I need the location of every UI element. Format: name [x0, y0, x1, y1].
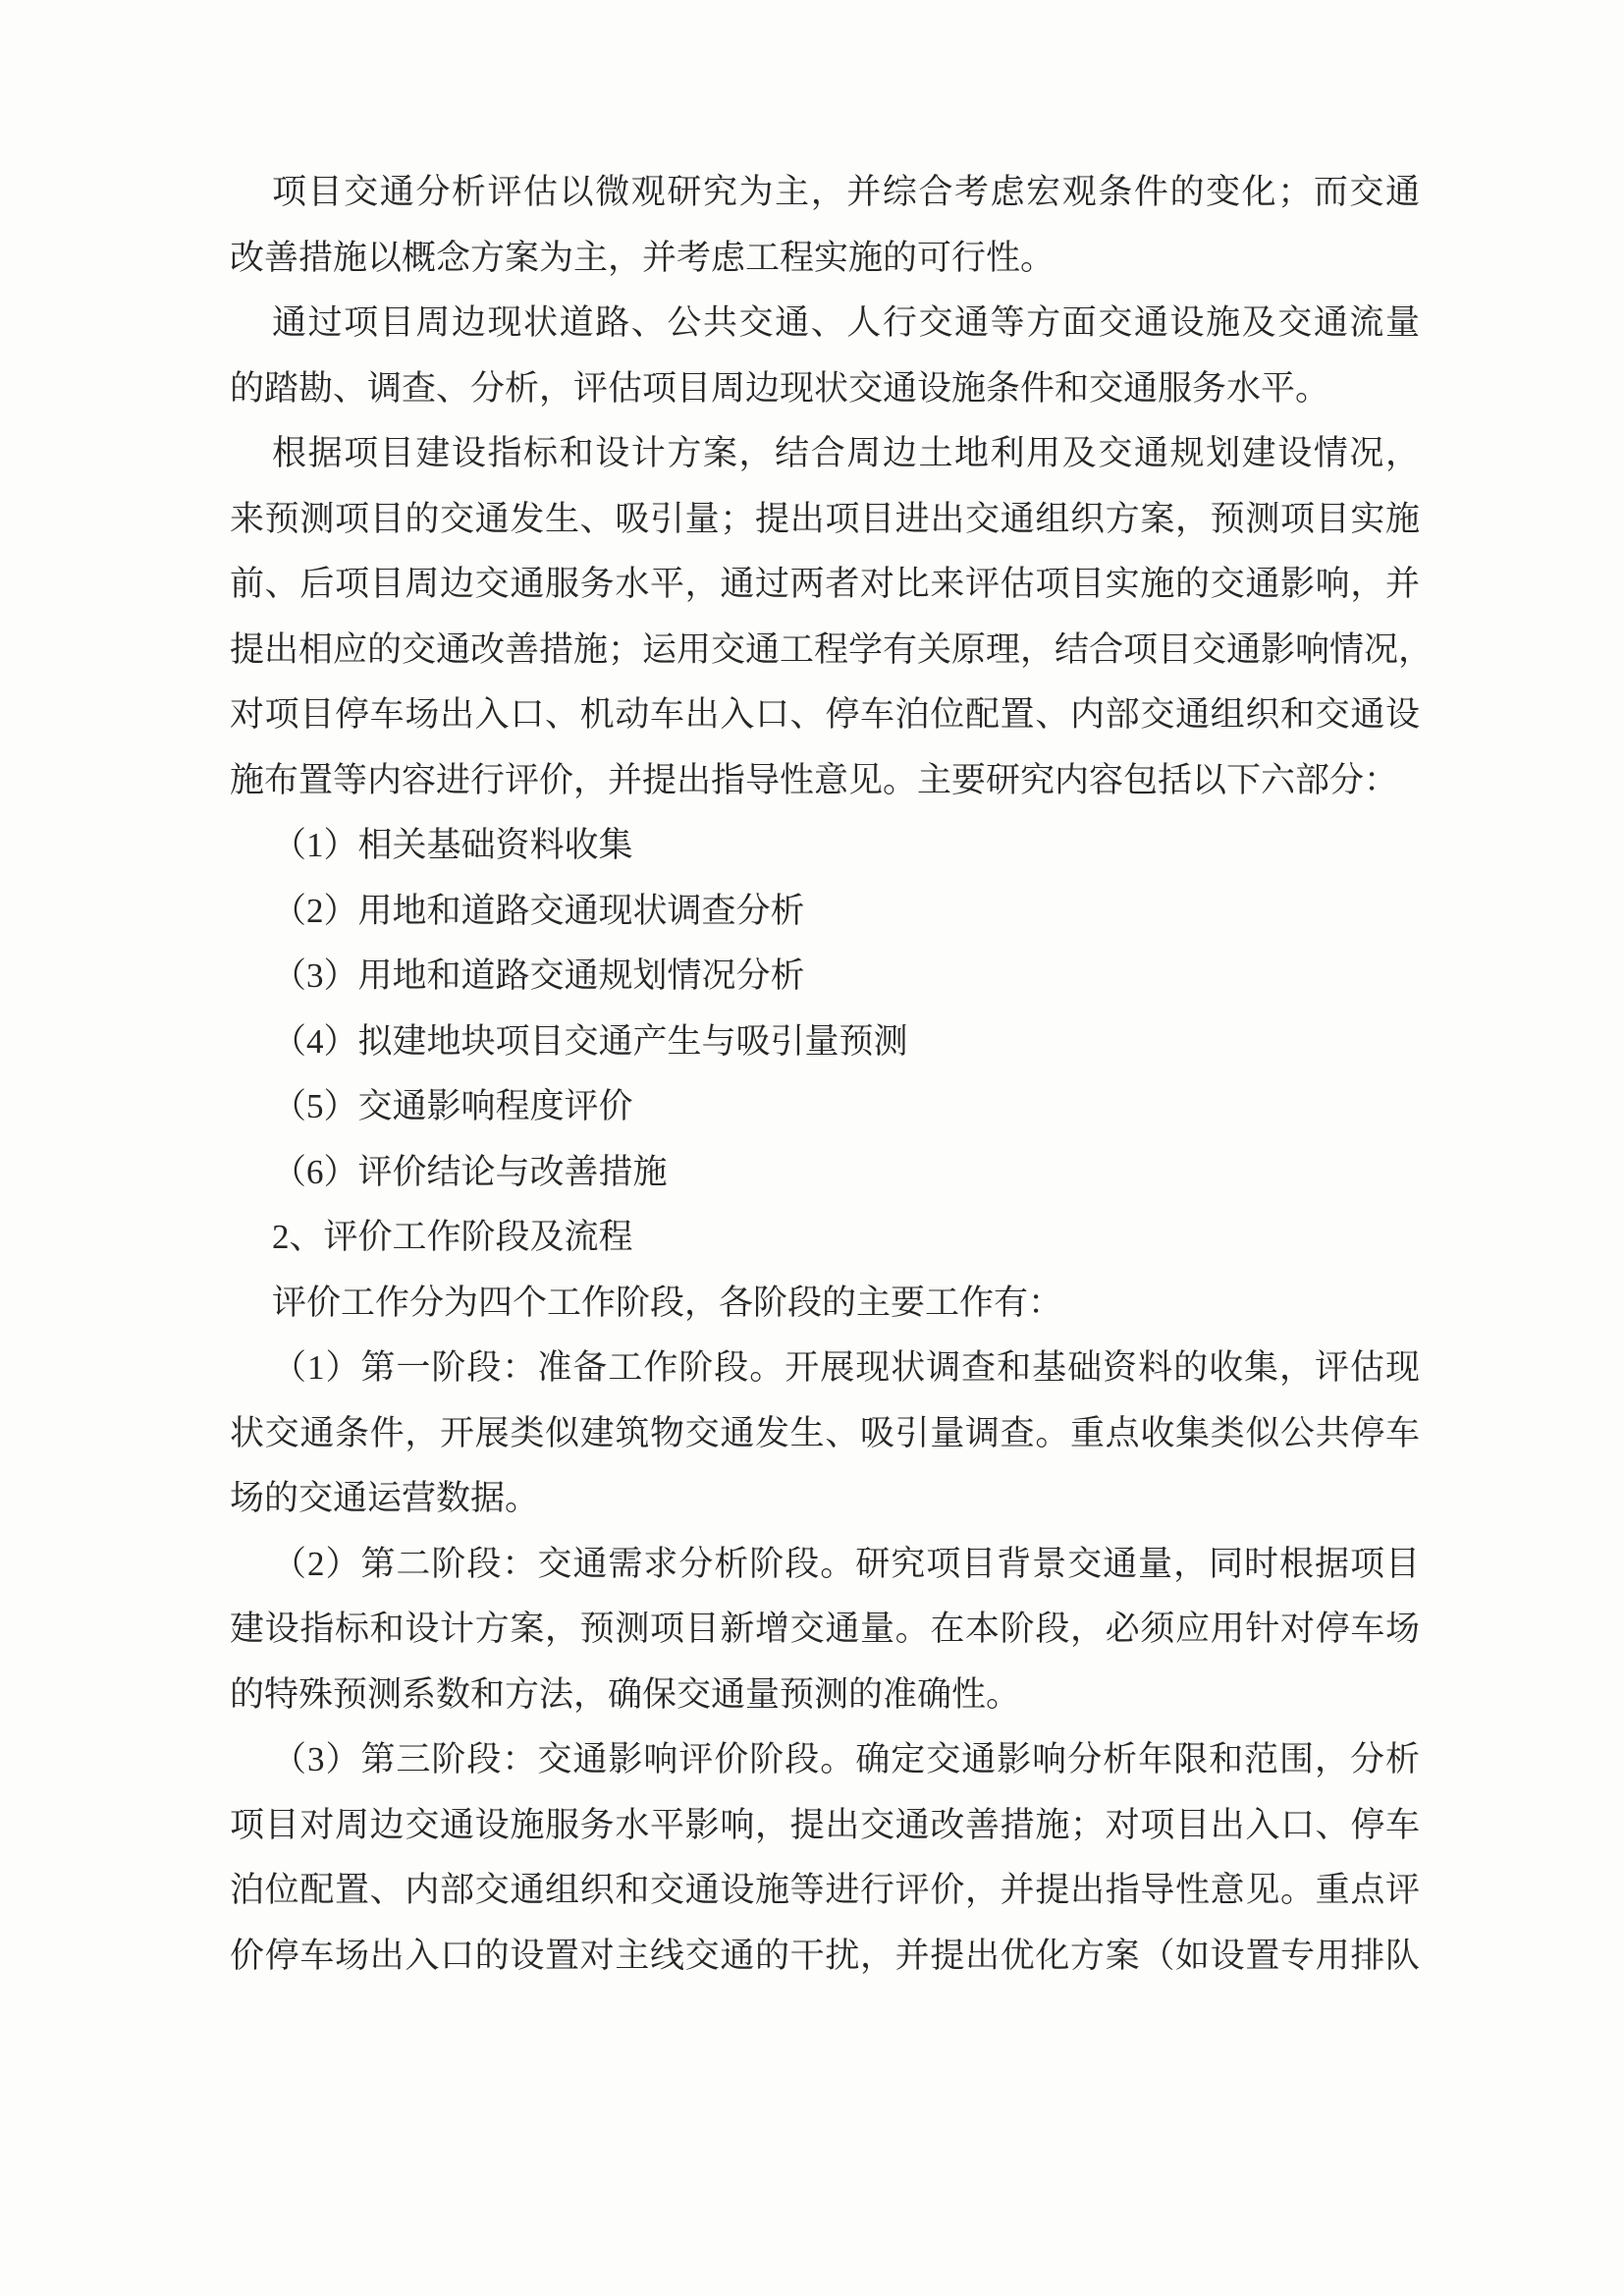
- text-line: 提出相应的交通改善措施；运用交通工程学有关原理，结合项目交通影响情况，: [230, 618, 1420, 683]
- text-line: 改善措施以概念方案为主，并考虑工程实施的可行性。: [230, 226, 1420, 292]
- text-line: 评价工作分为四个工作阶段，各阶段的主要工作有：: [230, 1271, 1420, 1337]
- text-line: （3）第三阶段：交通影响评价阶段。确定交通影响分析年限和范围，分析: [230, 1727, 1420, 1793]
- text-line: 通过项目周边现状道路、公共交通、人行交通等方面交通设施及交通流量: [230, 291, 1420, 356]
- text-line: 根据项目建设指标和设计方案，结合周边土地利用及交通规划建设情况，: [230, 421, 1420, 487]
- text-line: 项目对周边交通设施服务水平影响，提出交通改善措施；对项目出入口、停车: [230, 1793, 1420, 1859]
- text-line: 对项目停车场出入口、机动车出入口、停车泊位配置、内部交通组织和交通设: [230, 683, 1420, 748]
- text-line: （3）用地和道路交通规划情况分析: [230, 944, 1420, 1010]
- text-line: （6）评价结论与改善措施: [230, 1140, 1420, 1206]
- text-line: 2、评价工作阶段及流程: [230, 1205, 1420, 1271]
- text-line: （2）第二阶段：交通需求分析阶段。研究项目背景交通量，同时根据项目: [230, 1532, 1420, 1598]
- text-line: 项目交通分析评估以微观研究为主，并综合考虑宏观条件的变化；而交通: [230, 160, 1420, 226]
- text-line: 建设指标和设计方案，预测项目新增交通量。在本阶段，必须应用针对停车场: [230, 1597, 1420, 1663]
- text-line: （5）交通影响程度评价: [230, 1074, 1420, 1140]
- text-line: （2）用地和道路交通现状调查分析: [230, 879, 1420, 945]
- document-page: 项目交通分析评估以微观研究为主，并综合考虑宏观条件的变化；而交通改善措施以概念方…: [0, 0, 1624, 2296]
- text-line: 前、后项目周边交通服务水平，通过两者对比来评估项目实施的交通影响，并: [230, 552, 1420, 618]
- text-line: 价停车场出入口的设置对主线交通的干扰，并提出优化方案（如设置专用排队: [230, 1924, 1420, 1990]
- text-line: 施布置等内容进行评价，并提出指导性意见。主要研究内容包括以下六部分：: [230, 748, 1420, 814]
- text-block: 项目交通分析评估以微观研究为主，并综合考虑宏观条件的变化；而交通改善措施以概念方…: [230, 160, 1420, 1989]
- text-line: 场的交通运营数据。: [230, 1466, 1420, 1532]
- text-line: （4）拟建地块项目交通产生与吸引量预测: [230, 1010, 1420, 1075]
- text-line: 的踏勘、调查、分析，评估项目周边现状交通设施条件和交通服务水平。: [230, 356, 1420, 422]
- text-line: （1）相关基础资料收集: [230, 813, 1420, 879]
- text-line: 泊位配置、内部交通组织和交通设施等进行评价，并提出指导性意见。重点评: [230, 1858, 1420, 1924]
- text-line: 的特殊预测系数和方法，确保交通量预测的准确性。: [230, 1663, 1420, 1728]
- text-line: 来预测项目的交通发生、吸引量；提出项目进出交通组织方案，预测项目实施: [230, 487, 1420, 553]
- text-line: （1）第一阶段：准备工作阶段。开展现状调查和基础资料的收集，评估现: [230, 1336, 1420, 1401]
- text-line: 状交通条件，开展类似建筑物交通发生、吸引量调查。重点收集类似公共停车: [230, 1401, 1420, 1467]
